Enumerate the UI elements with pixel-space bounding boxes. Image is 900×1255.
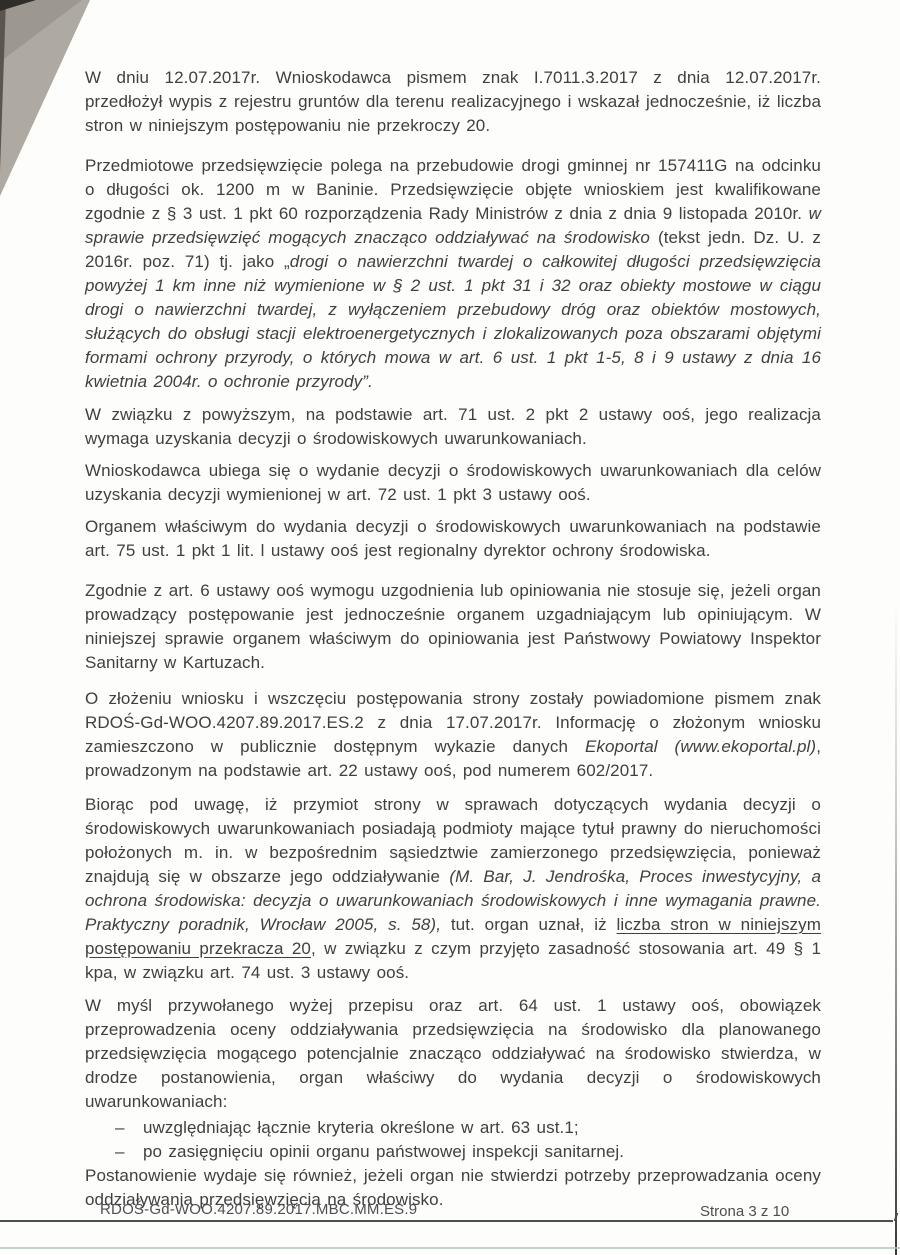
text-run: tut. organ uznał, iż	[441, 915, 616, 934]
paragraph: W myśl przywołanego wyżej przepisu oraz …	[85, 994, 821, 1114]
paragraph: Organem właściwym do wydania decyzji o ś…	[85, 515, 821, 563]
corner-black-sliver	[0, 0, 36, 11]
text-run: uwzględniając łącznie kryteria określone…	[143, 1118, 579, 1137]
text-run: W dniu 12.07.2017r. Wnioskodawca pismem …	[85, 68, 821, 135]
text-run: po zasięgnięciu opinii organu państwowej…	[143, 1142, 624, 1161]
text-run: Wnioskodawca ubiega się o wydanie decyzj…	[85, 461, 821, 504]
footer-page-number: Strona 3 z 10	[700, 1203, 789, 1220]
list-dash: –	[115, 1116, 143, 1140]
corner-fold-shade	[0, 0, 90, 196]
list-item: –po zasięgnięciu opinii organu państwowe…	[85, 1140, 821, 1164]
list-item-text: uwzględniając łącznie kryteria określone…	[143, 1116, 579, 1140]
paragraph: Wnioskodawca ubiega się o wydanie decyzj…	[85, 459, 821, 507]
text-run: Organem właściwym do wydania decyzji o ś…	[85, 517, 821, 560]
list-item-text: po zasięgnięciu opinii organu państwowej…	[143, 1140, 624, 1164]
corner-fold-dark-band	[0, 0, 82, 62]
paragraph: W dniu 12.07.2017r. Wnioskodawca pismem …	[85, 66, 821, 138]
text-run: Przedmiotowe przedsięwzięcie polega na p…	[85, 156, 821, 223]
italic-citation: Ekoportal (www.ekoportal.pl)	[585, 737, 816, 756]
paragraph: Zgodnie z art. 6 ustawy ooś wymogu uzgod…	[85, 579, 821, 675]
list-item: –uwzględniając łącznie kryteria określon…	[85, 1116, 821, 1140]
text-run: W związku z powyższym, na podstawie art.…	[85, 405, 821, 448]
paragraph: Biorąc pod uwagę, iż przymiot strony w s…	[85, 793, 821, 985]
italic-citation: drogi o nawierzchni twardej o całkowitej…	[85, 252, 821, 391]
paragraph: W związku z powyższym, na podstawie art.…	[85, 403, 821, 451]
footer-rule	[0, 1220, 893, 1222]
text-run: W myśl przywołanego wyżej przepisu oraz …	[85, 996, 821, 1111]
text-run: Zgodnie z art. 6 ustawy ooś wymogu uzgod…	[85, 581, 821, 672]
list-dash: –	[115, 1140, 143, 1164]
document-body: W dniu 12.07.2017r. Wnioskodawca pismem …	[85, 66, 821, 1212]
scan-bottom-edge-line	[0, 1247, 900, 1249]
footer-reference: RDOŚ-Gd-WOO.4207.89.2017.MBC.MM.ES.9	[100, 1201, 417, 1218]
paragraph: O złożeniu wniosku i wszczęciu postępowa…	[85, 687, 821, 783]
page-left-edge-shadow	[0, 0, 6, 172]
paragraph: Przedmiotowe przedsięwzięcie polega na p…	[85, 154, 821, 394]
scan-right-edge-line	[895, 600, 897, 1255]
